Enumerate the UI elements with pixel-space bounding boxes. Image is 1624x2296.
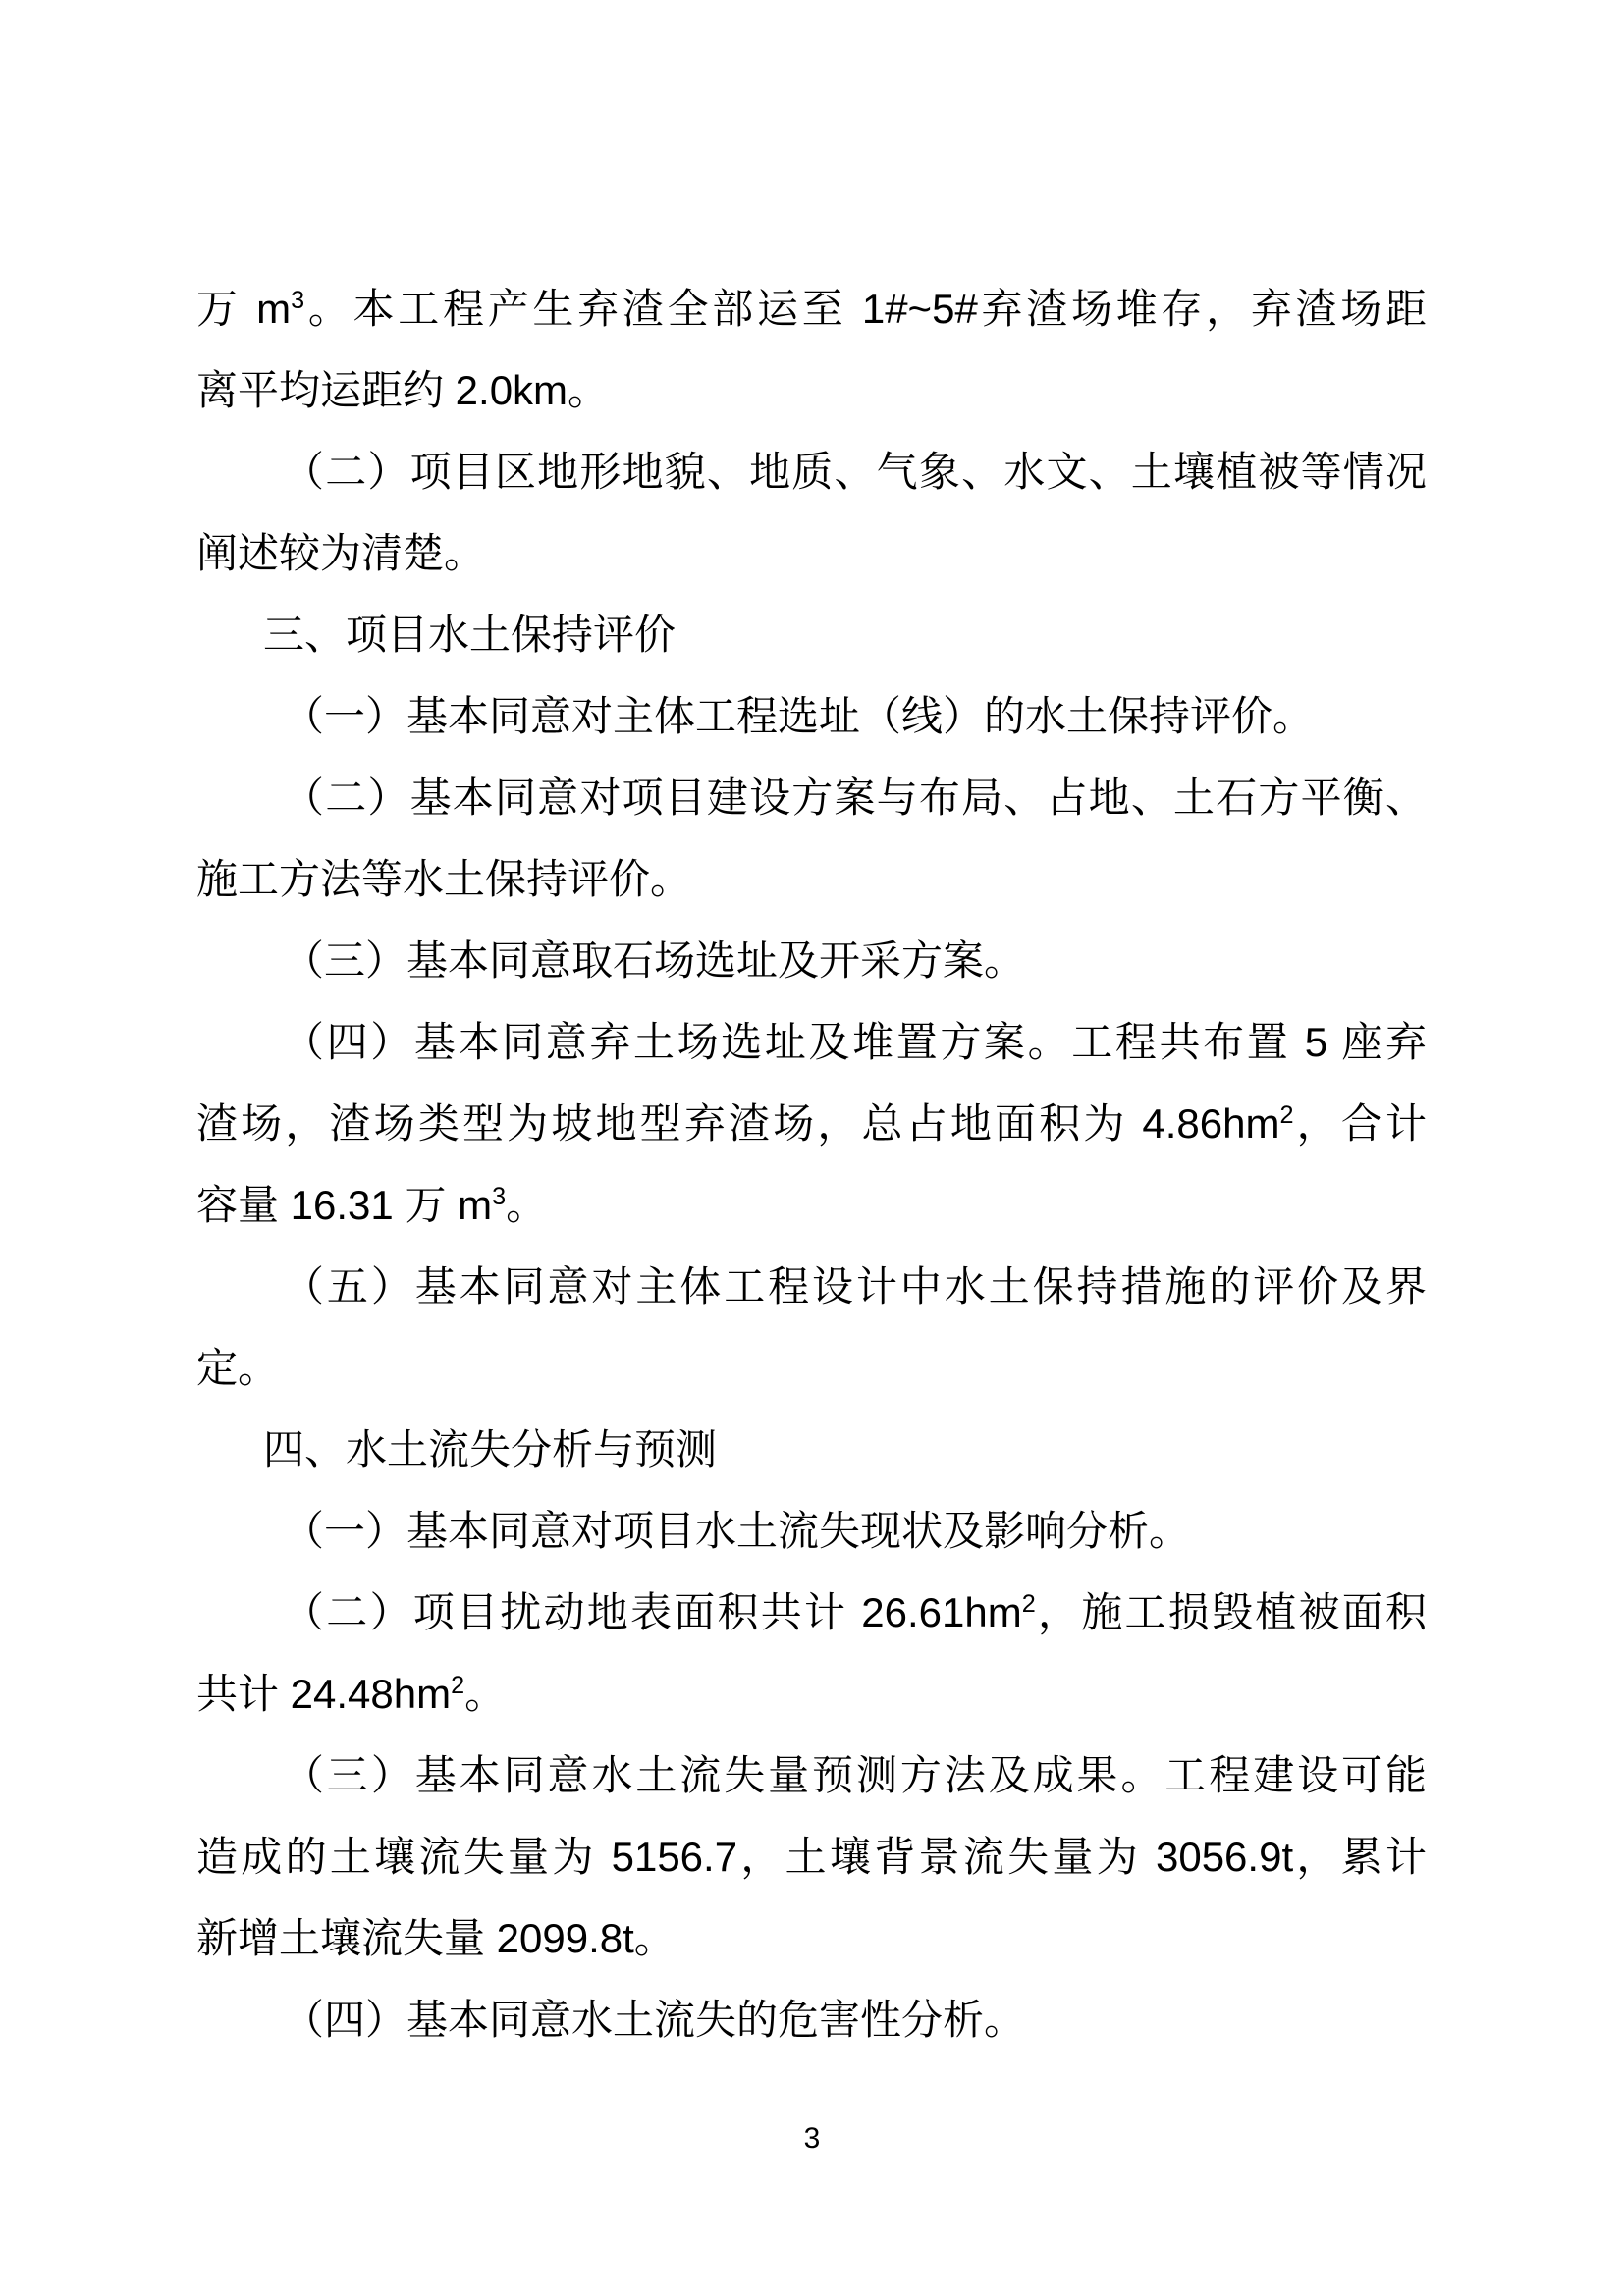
- text-line: 容量 16.31 万 m3。: [196, 1164, 1427, 1246]
- text-line: （三）基本同意取石场选址及开采方案。: [196, 920, 1427, 1001]
- document-page: 万 m3。本工程产生弃渣全部运至 1#~5#弃渣场堆存，弃渣场距 离平均运距约 …: [0, 0, 1624, 2296]
- text-line: （四）基本同意水土流失的危害性分析。: [196, 1979, 1427, 2060]
- text-line: （一）基本同意对主体工程选址（线）的水土保持评价。: [196, 675, 1427, 757]
- text-line: 共计 24.48hm2。: [196, 1653, 1427, 1735]
- text-line: 万 m3。本工程产生弃渣全部运至 1#~5#弃渣场堆存，弃渣场距: [196, 268, 1427, 349]
- text-line: 定。: [196, 1327, 1427, 1409]
- text-line: （四）基本同意弃土场选址及堆置方案。工程共布置 5 座弃: [196, 1001, 1427, 1083]
- text-line: 渣场，渣场类型为坡地型弃渣场，总占地面积为 4.86hm2，合计: [196, 1083, 1427, 1164]
- document-body: 万 m3。本工程产生弃渣全部运至 1#~5#弃渣场堆存，弃渣场距 离平均运距约 …: [196, 268, 1427, 2060]
- text-line: 阐述较为清楚。: [196, 512, 1427, 594]
- text-line: 离平均运距约 2.0km。: [196, 349, 1427, 431]
- text-line: （二）项目区地形地貌、地质、气象、水文、土壤植被等情况: [196, 431, 1427, 512]
- section-heading: 三、项目水土保持评价: [196, 594, 1427, 675]
- text-line: 施工方法等水土保持评价。: [196, 838, 1427, 920]
- page-number: 3: [0, 2120, 1624, 2158]
- text-line: （二）基本同意对项目建设方案与布局、占地、土石方平衡、: [196, 757, 1427, 838]
- text-line: （三）基本同意水土流失量预测方法及成果。工程建设可能: [196, 1735, 1427, 1816]
- text-line: （五）基本同意对主体工程设计中水土保持措施的评价及界: [196, 1246, 1427, 1327]
- text-line: 造成的土壤流失量为 5156.7，土壤背景流失量为 3056.9t，累计: [196, 1816, 1427, 1897]
- text-line: （二）项目扰动地表面积共计 26.61hm2，施工损毁植被面积: [196, 1572, 1427, 1653]
- section-heading: 四、水土流失分析与预测: [196, 1409, 1427, 1490]
- text-line: 新增土壤流失量 2099.8t。: [196, 1897, 1427, 1979]
- text-line: （一）基本同意对项目水土流失现状及影响分析。: [196, 1490, 1427, 1572]
